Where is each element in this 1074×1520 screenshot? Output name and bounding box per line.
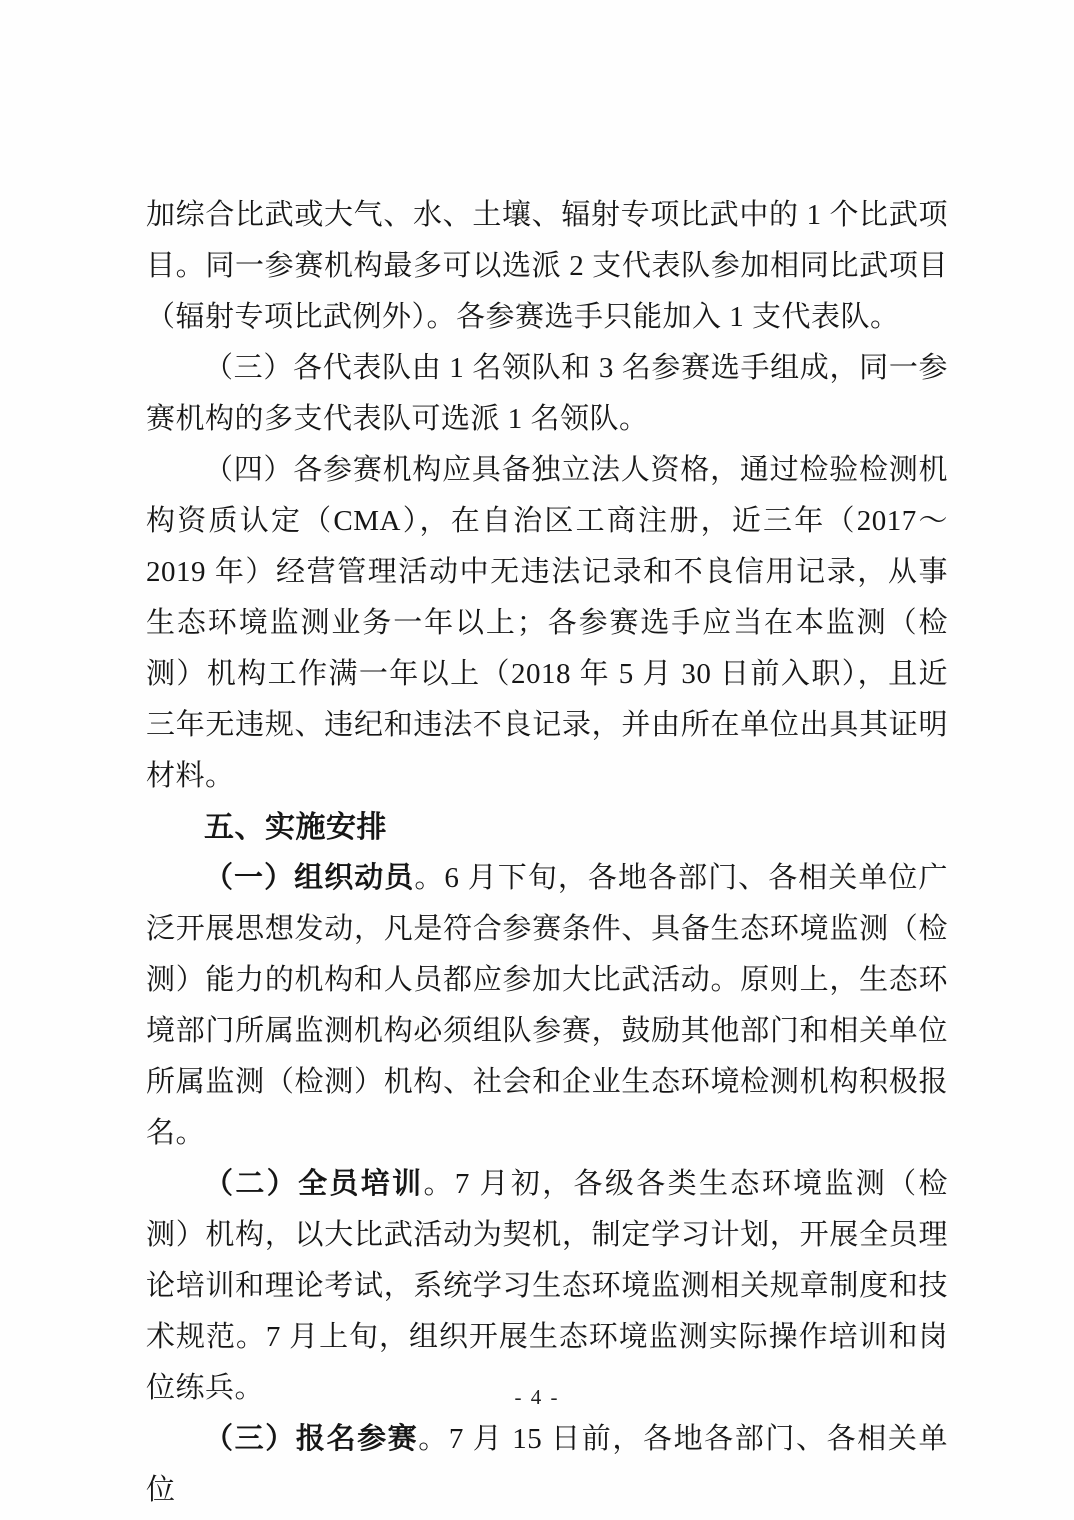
bold-lead-organize-mobilize: （一）组织动员	[204, 862, 414, 894]
paragraph-continuation: 加综合比武或大气、水、土壤、辐射专项比武中的 1 个比武项目。同一参赛机构最多可…	[146, 190, 948, 343]
paragraph-organize-mobilize: （一）组织动员。6 月下旬，各地各部门、各相关单位广泛开展思想发动，凡是符合参赛…	[146, 853, 948, 1159]
paragraph-item-four: （四）各参赛机构应具备独立法人资格，通过检验检测机构资质认定（CMA），在自治区…	[146, 445, 948, 802]
paragraph-item-three: （三）各代表队由 1 名领队和 3 名参赛选手组成，同一参赛机构的多支代表队可选…	[146, 343, 948, 445]
bold-lead-full-training: （二）全员培训	[204, 1168, 424, 1200]
paragraph-text: 。6 月下旬，各地各部门、各相关单位广泛开展思想发动，凡是符合参赛条件、具备生态…	[146, 862, 948, 1149]
document-page: 加综合比武或大气、水、土壤、辐射专项比武中的 1 个比武项目。同一参赛机构最多可…	[0, 0, 1074, 1520]
paragraph-text: 。7 月初，各级各类生态环境监测（检测）机构，以大比武活动为契机，制定学习计划，…	[146, 1168, 948, 1404]
bold-lead-registration: （三）报名参赛	[204, 1423, 418, 1455]
paragraph-registration: （三）报名参赛。7 月 15 日前，各地各部门、各相关单位	[146, 1414, 948, 1516]
page-number: - 4 -	[0, 1384, 1074, 1410]
section-heading: 五、实施安排	[146, 802, 948, 853]
paragraph-full-training: （二）全员培训。7 月初，各级各类生态环境监测（检测）机构，以大比武活动为契机，…	[146, 1159, 948, 1414]
document-content: 加综合比武或大气、水、土壤、辐射专项比武中的 1 个比武项目。同一参赛机构最多可…	[146, 190, 948, 1516]
